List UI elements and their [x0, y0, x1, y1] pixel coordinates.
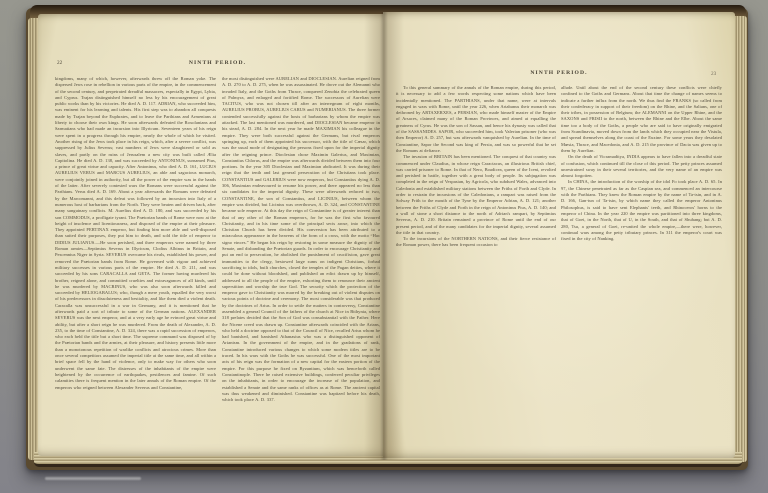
paragraph: the most distinguished were AURELIAN and…: [222, 76, 380, 403]
right-page-column-1: To this general summary of the annals of…: [396, 85, 556, 249]
paragraph: The invasion of BRITAIN has been mention…: [396, 154, 556, 236]
right-page-header: NINTH PERIOD.: [396, 70, 722, 76]
left-page-header: NINTH PERIOD.: [55, 60, 380, 66]
paragraph: To this general summary of the annals of…: [396, 85, 556, 154]
paragraph: To the incursions of the NORTHERN NATION…: [396, 236, 556, 249]
paragraph: allude. Until about the end of the secon…: [561, 85, 722, 154]
right-page-column-2: allude. Until about the end of the secon…: [561, 85, 722, 242]
page-edges-right: [734, 16, 747, 462]
left-page-column-2: the most distinguished were AURELIAN and…: [222, 76, 380, 403]
paragraph: On the death of Vicramaditya, INDIA appe…: [561, 154, 722, 179]
watermark-smudge: [45, 477, 141, 480]
left-page-column-1: kingdoms, many of which, however, afterw…: [55, 76, 216, 391]
scanner-background: 22 NINTH PERIOD. NINTH PERIOD. 23 kingdo…: [0, 0, 768, 493]
right-page-number: 23: [711, 71, 716, 77]
paragraph: In CHINA, the introduction of the worshi…: [561, 179, 722, 242]
paragraph: kingdoms, many of which, however, afterw…: [55, 76, 216, 391]
